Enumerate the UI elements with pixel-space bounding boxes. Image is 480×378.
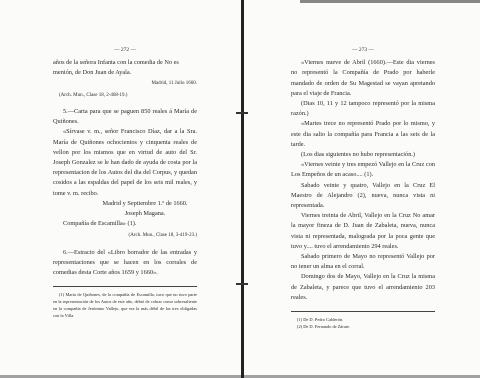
paragraph: Domingo dos de Mayo, Vallejo en la Cruz … — [291, 272, 435, 303]
paragraph: Compañía de Escamilla» (1). — [53, 219, 197, 229]
footnote: (1) María de Quiñones, de la compañía de… — [53, 291, 197, 319]
footnote-rule — [53, 286, 197, 287]
paragraph: (Los dias siguientes no hubo representac… — [291, 150, 435, 160]
page-number: — 273 — — [291, 45, 435, 55]
paragraph: Sabado veinte y quatro, Vallejo en la Cr… — [291, 181, 435, 212]
paragraph: «Viernes nueve de Abril (1660).—Este dia… — [291, 58, 435, 99]
paragraph: (Dias 10, 11 y 12 tampoco representó por… — [291, 99, 435, 119]
signature: Joseph Magana. — [53, 209, 197, 219]
left-page: — 272 — años de la señora Infanta con la… — [53, 45, 197, 319]
paragraph: Viernes treinta de Abril, Vallejo en la … — [291, 211, 435, 252]
right-page: — 273 — «Viernes nueve de Abril (1660).—… — [291, 45, 435, 330]
footnote-rule — [291, 311, 435, 312]
dateline: Madrid, 11 Julio 1660. — [53, 79, 197, 89]
page-number: — 272 — — [53, 45, 197, 55]
archive-reference: (Arch. Mun., Clase 18, 3-419-23.) — [53, 231, 197, 241]
spine-mark — [236, 112, 248, 114]
book-spine — [241, 0, 244, 378]
archive-reference: (Arch. Mun., Clase 18, 2-468-19.) — [53, 91, 197, 101]
footnote: (1) De D. Pedro Calderón. — [291, 316, 435, 323]
paragraph: «Martes trece no representó Prado por lo… — [291, 119, 435, 150]
section-heading: 5.—Carta para que se paguen 850 reales á… — [53, 107, 197, 127]
text-line: menión, de Don Juan de Ayala. — [53, 68, 197, 78]
paragraph: «Viernes veinte y tres empezó Vallejo en… — [291, 160, 435, 180]
paragraph: «Sírvase v. m., señor Francisco Díaz, da… — [53, 127, 197, 198]
spine-mark — [236, 283, 248, 285]
scan-edge-top — [300, 0, 480, 3]
footnote: (2) De D. Fernando de Zárate. — [291, 323, 435, 330]
section-heading: 6.—Estracto del «Libro borrador de las e… — [53, 248, 197, 279]
paragraph: Sabado primero de Mayo no representó Val… — [291, 252, 435, 272]
text-line: años de la señora Infanta con la comedia… — [53, 58, 197, 68]
dateline: Madrid y Septiembre 1.º de 1660. — [53, 199, 197, 209]
